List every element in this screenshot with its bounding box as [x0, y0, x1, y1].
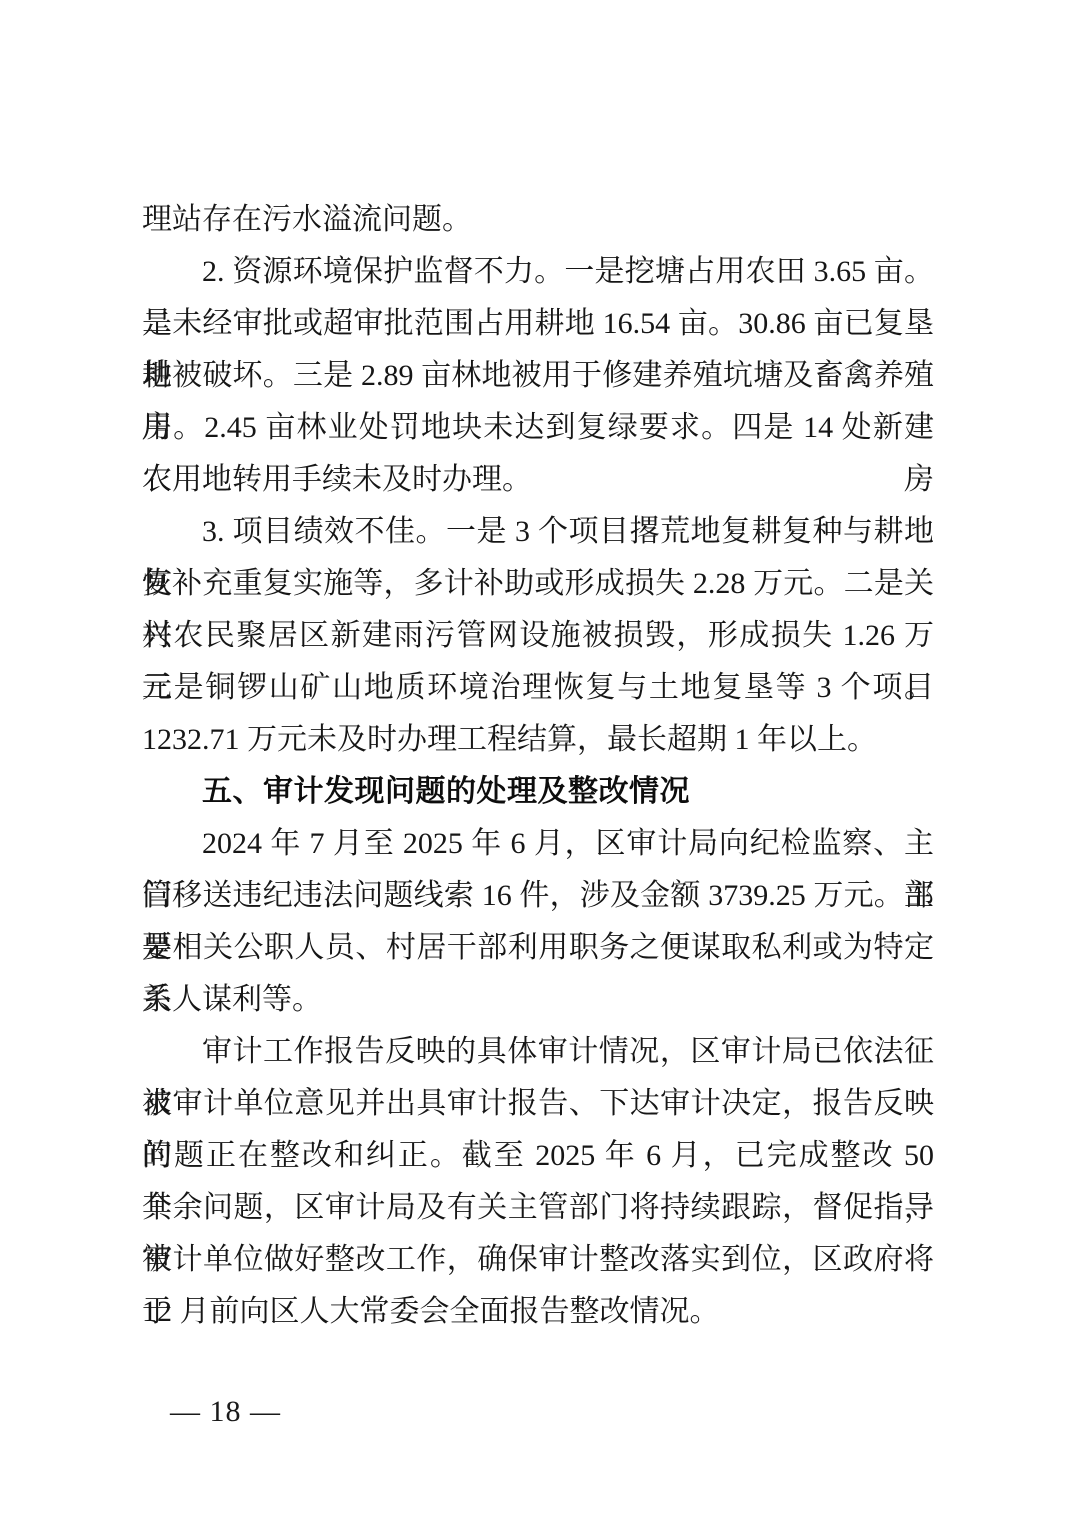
text-line: 审计单位做好整改工作，确保审计整改落实到位，区政府将于	[142, 1234, 934, 1286]
text-line: 三是铜锣山矿山地质环境治理恢复与土地复垦等 3 个项目	[142, 662, 934, 714]
text-line: 地被破坏。三是 2.89 亩林地被用于修建养殖坑塘及畜禽养殖用	[142, 350, 934, 402]
paragraph-point-2: 2. 资源环境保护监督不力。一是挖塘占用农田 3.65 亩。二 是未经审批或超审…	[142, 246, 934, 506]
paragraph-referrals: 2024 年 7 月至 2025 年 6 月，区审计局向纪检监察、主管部 门移送…	[142, 818, 934, 1026]
section-heading: 五、审计发现问题的处理及整改情况	[142, 766, 934, 818]
text-line: 理站存在污水溢流问题。	[142, 194, 934, 246]
page-footer: — 18 —	[170, 1392, 281, 1432]
text-line: 是相关公职人员、村居干部利用职务之便谋取私利或为特定关	[142, 922, 934, 974]
text-line: 2. 资源环境保护监督不力。一是挖塘占用农田 3.65 亩。二	[142, 246, 934, 298]
text-line: 村农民聚居区新建雨污管网设施被损毁，形成损失 1.26 万元。	[142, 610, 934, 662]
text-line: 被审计单位意见并出具审计报告、下达审计决定，报告反映的	[142, 1078, 934, 1130]
text-line: 房。2.45 亩林业处罚地块未达到复绿要求。四是 14 处新建农房	[142, 402, 934, 454]
text-line: 审计工作报告反映的具体审计情况，区审计局已依法征求	[142, 1026, 934, 1078]
document-body: 理站存在污水溢流问题。 2. 资源环境保护监督不力。一是挖塘占用农田 3.65 …	[142, 194, 934, 1338]
page-number: — 18 —	[170, 1395, 281, 1428]
text-line: 其余问题，区审计局及有关主管部门将持续跟踪，督促指导被	[142, 1182, 934, 1234]
text-line: 复补充重复实施等，多计补助或形成损失 2.28 万元。二是关兴	[142, 558, 934, 610]
text-line: 1232.71 万元未及时办理工程结算，最长超期 1 年以上。	[142, 714, 934, 766]
text-line: 系人谋利等。	[142, 974, 934, 1026]
document-page: 理站存在污水溢流问题。 2. 资源环境保护监督不力。一是挖塘占用农田 3.65 …	[0, 0, 1074, 1520]
paragraph-point-3: 3. 项目绩效不佳。一是 3 个项目撂荒地复耕复种与耕地恢 复补充重复实施等，多…	[142, 506, 934, 766]
section-heading-5: 五、审计发现问题的处理及整改情况	[142, 766, 934, 818]
text-line: 12 月前向区人大常委会全面报告整改情况。	[142, 1286, 934, 1338]
text-line: 3. 项目绩效不佳。一是 3 个项目撂荒地复耕复种与耕地恢	[142, 506, 934, 558]
text-line: 问题正在整改和纠正。截至 2025 年 6 月，已完成整改 50 个，	[142, 1130, 934, 1182]
text-line: 2024 年 7 月至 2025 年 6 月，区审计局向纪检监察、主管部	[142, 818, 934, 870]
text-line: 是未经审批或超审批范围占用耕地 16.54 亩。30.86 亩已复垦耕	[142, 298, 934, 350]
paragraph-rectification: 审计工作报告反映的具体审计情况，区审计局已依法征求 被审计单位意见并出具审计报告…	[142, 1026, 934, 1338]
paragraph-continuation: 理站存在污水溢流问题。	[142, 194, 934, 246]
text-line: 门移送违纪违法问题线索 16 件，涉及金额 3739.25 万元。主要	[142, 870, 934, 922]
